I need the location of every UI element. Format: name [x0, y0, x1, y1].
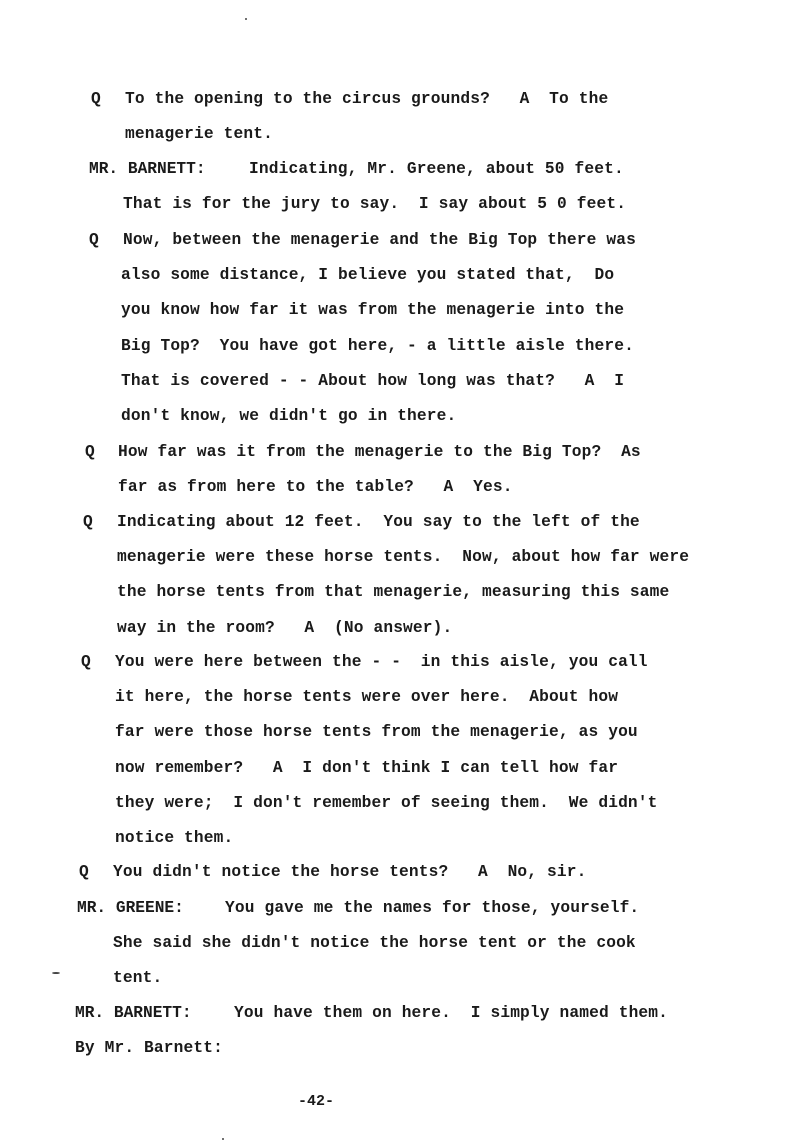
question-marker: Q: [79, 862, 89, 882]
transcript-line: You have them on here. I simply named th…: [234, 1003, 668, 1023]
transcript-line: By Mr. Barnett:: [75, 1038, 223, 1058]
transcript-line: To the opening to the circus grounds? A …: [125, 89, 608, 109]
transcript-line: now remember? A I don't think I can tell…: [115, 758, 618, 778]
scan-speck: [245, 18, 247, 20]
transcript-line: notice them.: [115, 828, 233, 848]
transcript-line: That is covered - - About how long was t…: [121, 371, 624, 391]
transcript-line: also some distance, I believe you stated…: [121, 265, 614, 285]
transcript-line: She said she didn't notice the horse ten…: [113, 933, 636, 953]
transcript-line: That is for the jury to say. I say about…: [123, 194, 626, 214]
transcript-line: menagerie tent.: [125, 124, 273, 144]
transcript-line: You didn't notice the horse tents? A No,…: [113, 862, 586, 882]
transcript-line: Big Top? You have got here, - a little a…: [121, 336, 634, 356]
transcript-line: the horse tents from that menagerie, mea…: [117, 582, 669, 602]
page-number: -42-: [298, 1093, 334, 1110]
transcript-line: it here, the horse tents were over here.…: [115, 687, 618, 707]
transcript-line: How far was it from the menagerie to the…: [118, 442, 641, 462]
transcript-line: Indicating about 12 feet. You say to the…: [117, 512, 640, 532]
scan-speck: [222, 1138, 224, 1140]
speaker-label: MR. GREENE:: [77, 898, 184, 918]
transcript-line: you know how far it was from the menager…: [121, 300, 624, 320]
transcript-line: tent.: [113, 968, 162, 988]
speaker-label: MR. BARNETT:: [75, 1003, 192, 1023]
speaker-label: MR. BARNETT:: [89, 159, 206, 179]
transcript-line: far as from here to the table? A Yes.: [118, 477, 513, 497]
transcript-line: far were those horse tents from the mena…: [115, 722, 638, 742]
question-marker: Q: [81, 652, 91, 672]
question-marker: Q: [83, 512, 93, 532]
transcript-line: Now, between the menagerie and the Big T…: [123, 230, 636, 250]
scan-speck: [52, 972, 60, 974]
transcript-line: way in the room? A (No answer).: [117, 618, 452, 638]
transcript-line: don't know, we didn't go in there.: [121, 406, 456, 426]
transcript-line: You gave me the names for those, yoursel…: [225, 898, 639, 918]
transcript-line: Indicating, Mr. Greene, about 50 feet.: [249, 159, 624, 179]
transcript-line: they were; I don't remember of seeing th…: [115, 793, 658, 813]
question-marker: Q: [85, 442, 95, 462]
transcript-line: You were here between the - - in this ai…: [115, 652, 648, 672]
question-marker: Q: [89, 230, 99, 250]
transcript-line: menagerie were these horse tents. Now, a…: [117, 547, 689, 567]
question-marker: Q: [91, 89, 101, 109]
